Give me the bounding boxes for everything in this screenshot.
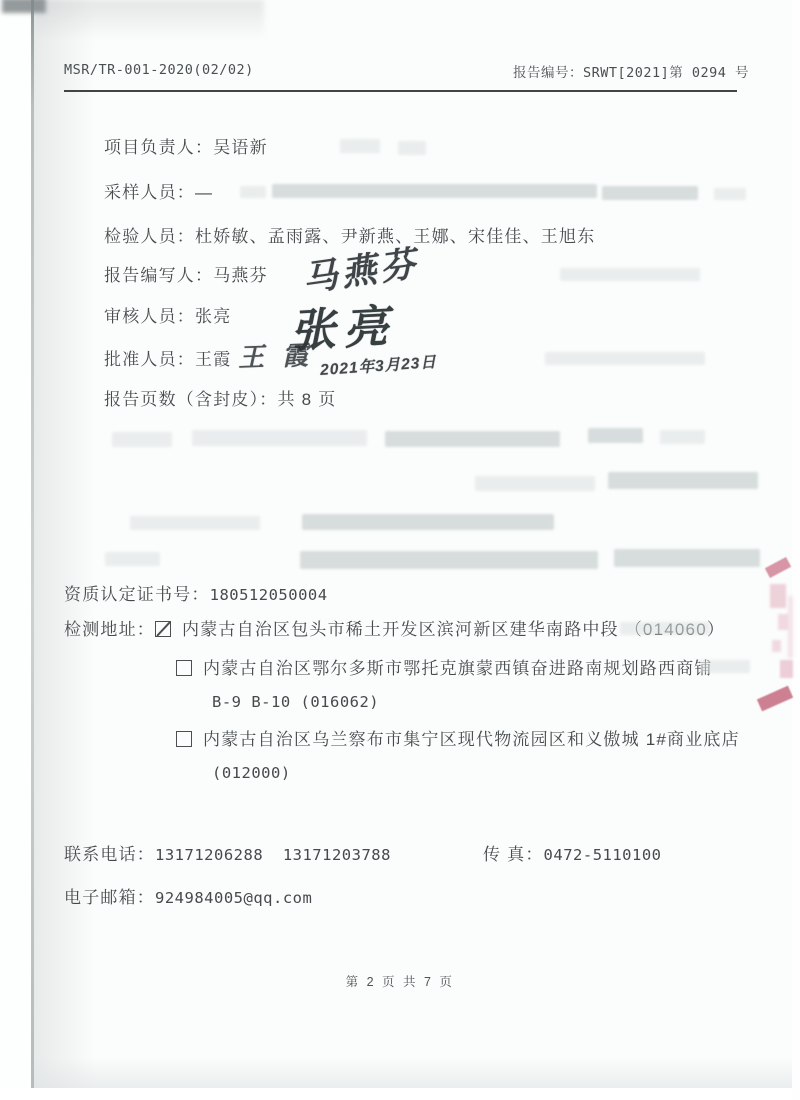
scan-bottom-shade [34, 1058, 800, 1088]
bleed-through-text [608, 472, 758, 489]
address-1-checkbox [155, 621, 171, 637]
reviewer-label: 审核人员： [104, 307, 195, 326]
report-number-value: SRWT[2021]第 0294 号 [583, 65, 749, 81]
approver-signature: 王霞 [237, 334, 326, 374]
address-2-text: 内蒙古自治区鄂尔多斯市鄂托克旗蒙西镇奋进路南规划路西商铺 [203, 659, 713, 678]
bleed-through-text [614, 549, 760, 567]
bleed-through-text [602, 186, 698, 200]
bleed-through-text [300, 551, 598, 569]
scan-right-margin [792, 0, 800, 1100]
report-number-line: 报告编号：SRWT[2021]第 0294 号 [513, 61, 749, 81]
bleed-through-text [130, 516, 260, 530]
bleed-through-text [340, 139, 380, 153]
red-seal-fragment [765, 557, 791, 578]
bleed-through-text [385, 431, 560, 447]
bleed-through-text [302, 514, 554, 530]
bleed-through-text [105, 552, 160, 566]
fax-value: 0472-5110100 [544, 846, 662, 864]
samplers-label: 采样人员： [104, 183, 195, 202]
samplers-value: — [195, 183, 213, 202]
phone-line: 联系电话：13171206288 13171203788 [64, 845, 391, 865]
address-2-checkbox [176, 660, 192, 676]
bleed-through-text [240, 186, 266, 198]
bleed-through-text [475, 476, 595, 491]
cert-number-line: 资质认定证书号：180512050004 [64, 585, 328, 605]
phone-value: 13171206288 13171203788 [155, 846, 391, 864]
bleed-through-text [112, 432, 172, 447]
report-number-label: 报告编号： [513, 65, 583, 80]
bleed-through-text [700, 660, 750, 673]
address-2-continuation: B-9 B-10 (016062) [212, 693, 379, 712]
red-seal-fragment [772, 640, 781, 652]
cert-number-value: 180512050004 [210, 586, 328, 604]
scan-top-shadow [34, 0, 264, 40]
page-count-label: 报告页数（含封皮）： [104, 390, 278, 409]
bleed-through-text [660, 430, 705, 444]
reviewer-value: 张亮 [195, 307, 231, 326]
red-seal-fragment [770, 584, 786, 608]
page-indicator: 第 2 页 共 7 页 [0, 972, 800, 990]
approver-value: 王霞 [195, 350, 231, 369]
phone-label: 联系电话： [64, 845, 155, 864]
project-leader-label: 项目负责人： [104, 138, 213, 157]
address-line-3: 内蒙古自治区乌兰察布市集宁区现代物流园区和义傲城 1#商业底店 [176, 730, 740, 750]
scanned-report-page: MSR/TR-001-2020(02/02) 报告编号：SRWT[2021]第 … [0, 0, 800, 1100]
red-seal-fragment [780, 660, 793, 678]
samplers-line: 采样人员：— [104, 183, 213, 203]
address-3-checkbox [176, 731, 192, 747]
approver-line: 批准人员：王霞 [104, 350, 231, 370]
cert-number-label: 资质认定证书号： [64, 585, 210, 604]
address-line-2: 内蒙古自治区鄂尔多斯市鄂托克旗蒙西镇奋进路南规划路西商铺 [176, 659, 713, 679]
address-3-text: 内蒙古自治区乌兰察布市集宁区现代物流园区和义傲城 1#商业底店 [203, 730, 740, 749]
scan-left-margin [0, 0, 31, 1100]
approver-label: 批准人员： [104, 350, 195, 369]
inspectors-label: 检验人员： [104, 227, 195, 246]
fax-label: 传 真： [483, 845, 544, 864]
bleed-through-text [398, 141, 426, 155]
red-seal-fragment [757, 686, 793, 712]
scan-edge-shadow [34, 0, 96, 1088]
email-value: 924984005@qq.com [155, 889, 312, 907]
project-leader-line: 项目负责人：吴语新 [104, 138, 268, 158]
red-seal-fragment [778, 614, 788, 630]
red-seal-fragment [788, 596, 793, 658]
page-edge-line [31, 0, 34, 1088]
scan-bottom-margin [0, 1088, 800, 1100]
bleed-through-text [620, 622, 710, 635]
doc-code: MSR/TR-001-2020(02/02) [64, 62, 254, 78]
email-line: 电子邮箱：924984005@qq.com [64, 888, 312, 908]
reviewer-line: 审核人员：张亮 [104, 307, 231, 327]
bleed-through-text [588, 428, 643, 443]
bleed-through-text [192, 430, 367, 446]
bleed-through-text [560, 268, 700, 281]
bleed-through-text [272, 184, 597, 198]
header-rule [64, 90, 737, 92]
bleed-through-text [714, 188, 746, 200]
email-label: 电子邮箱： [64, 888, 155, 907]
fax-line: 传 真：0472-5110100 [483, 845, 662, 865]
bleed-through-text [545, 352, 705, 365]
report-writer-line: 报告编写人：马燕芬 [104, 266, 268, 286]
address-3-continuation: (012000) [212, 764, 291, 783]
addresses-label: 检测地址： [64, 620, 155, 639]
page-count-line: 报告页数（含封皮）：共 8 页 [104, 390, 336, 410]
report-writer-label: 报告编写人： [104, 266, 213, 285]
project-leader-value: 吴语新 [213, 138, 268, 157]
report-writer-value: 马燕芬 [213, 266, 268, 285]
page-count-value: 共 8 页 [278, 390, 337, 409]
